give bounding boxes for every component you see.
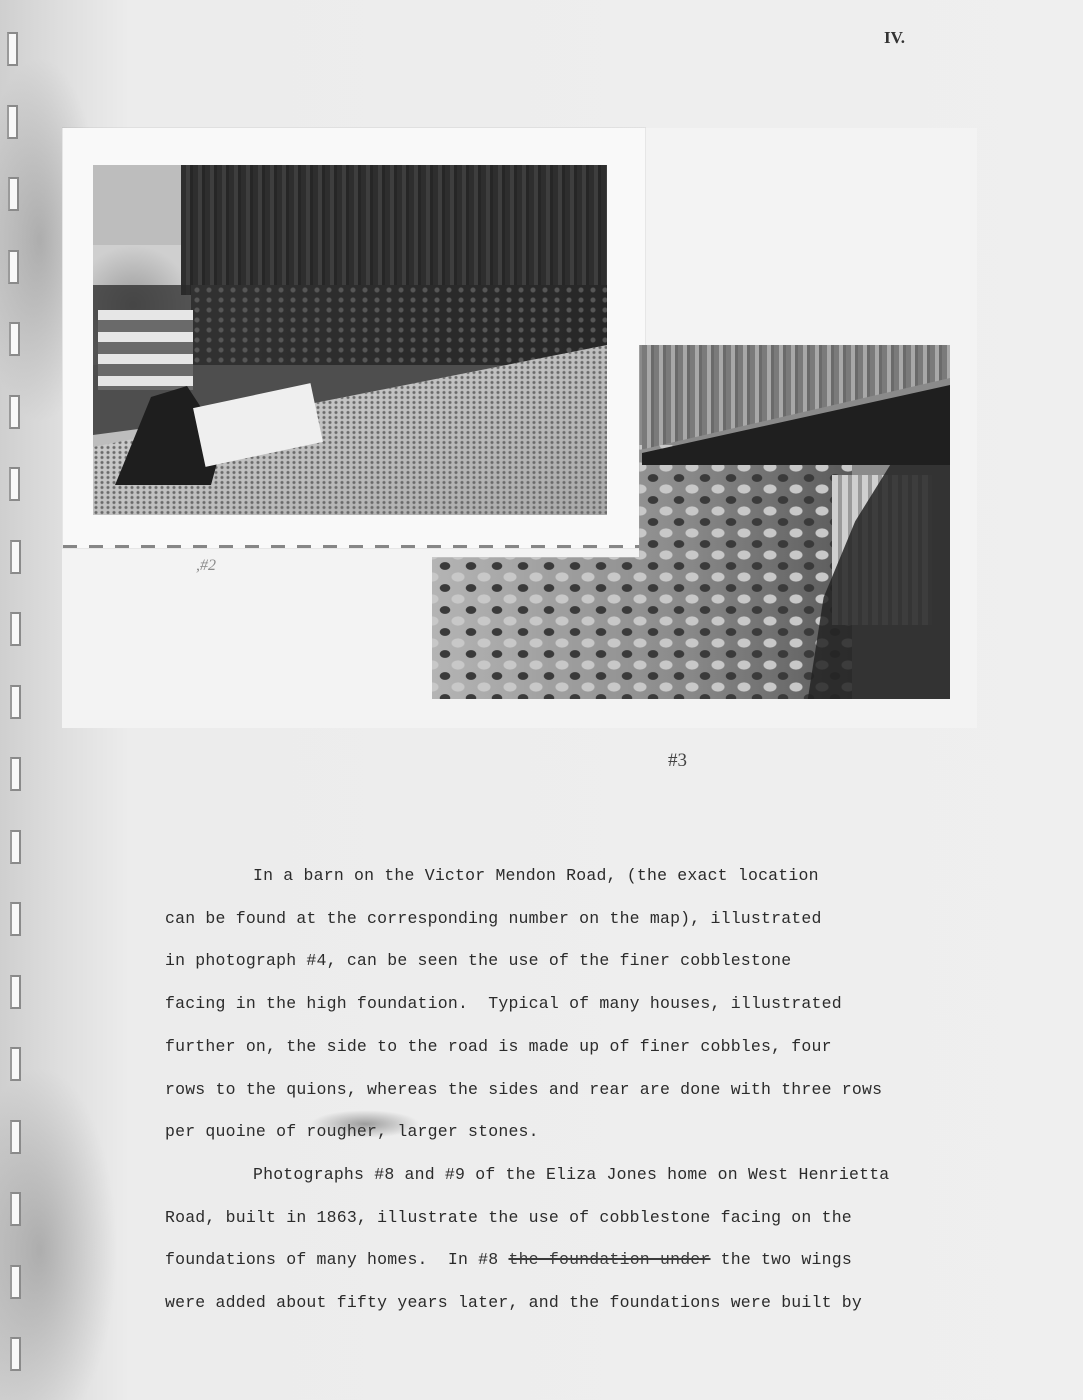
binding-hole xyxy=(10,1265,21,1299)
text-segment: the two wings xyxy=(711,1250,852,1269)
text-line: can be found at the corresponding number… xyxy=(165,898,955,941)
binding-hole xyxy=(10,1337,21,1371)
barn-siding xyxy=(181,165,607,295)
text-line: further on, the side to the road is made… xyxy=(165,1026,955,1069)
binding-hole xyxy=(8,177,19,211)
binding-hole xyxy=(10,975,21,1009)
text-line: foundations of many homes. In #8 the fou… xyxy=(165,1239,955,1282)
text-line: in photograph #4, can be seen the use of… xyxy=(165,940,955,983)
binding-hole xyxy=(7,105,18,139)
text-line: Road, built in 1863, illustrate the use … xyxy=(165,1197,955,1240)
binding-hole xyxy=(10,1120,21,1154)
binding-hole xyxy=(10,685,21,719)
figure-label-2: ,#2 xyxy=(196,557,216,575)
binding-hole xyxy=(10,1047,21,1081)
binding-hole xyxy=(10,830,21,864)
binding-hole xyxy=(9,322,20,356)
text-line: facing in the high foundation. Typical o… xyxy=(165,983,955,1026)
text-line: per quoine of rougher, larger stones. xyxy=(165,1111,955,1154)
binding-hole xyxy=(9,395,20,429)
binding-hole xyxy=(7,32,18,66)
struck-text: the foundation under xyxy=(508,1250,710,1269)
text-segment: foundations of many homes. In #8 xyxy=(165,1250,508,1269)
binding-hole xyxy=(10,612,21,646)
text-line: were added about fifty years later, and … xyxy=(165,1282,955,1325)
binding-hole xyxy=(10,1192,21,1226)
text-line: rows to the quions, whereas the sides an… xyxy=(165,1069,955,1112)
binding-hole xyxy=(8,250,19,284)
page-number: IV. xyxy=(884,28,905,48)
figure-label-3: #3 xyxy=(668,750,687,772)
binding-hole xyxy=(9,467,20,501)
photo-barn-foundation xyxy=(93,165,607,515)
binding-hole xyxy=(10,902,21,936)
binding-hole xyxy=(10,757,21,791)
text-line: Photographs #8 and #9 of the Eliza Jones… xyxy=(165,1154,955,1197)
wooden-fence xyxy=(98,310,193,390)
binding-hole xyxy=(10,540,21,574)
scanned-page: IV. ,#2 #3 In a barn on the Victor Mendo… xyxy=(0,0,1083,1400)
body-text: In a barn on the Victor Mendon Road, (th… xyxy=(165,855,955,1325)
text-line: In a barn on the Victor Mendon Road, (th… xyxy=(165,855,955,898)
